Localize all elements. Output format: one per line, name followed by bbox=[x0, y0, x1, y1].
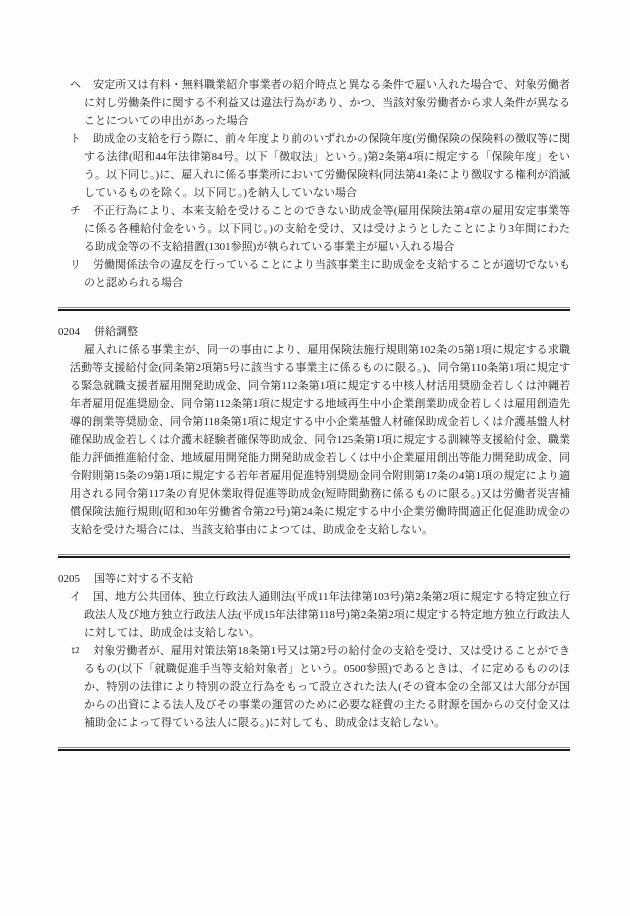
page-content: ヘ安定所又は有料・無料職業紹介事業者の紹介時点と異なる条件で雇い入れた場合で、対… bbox=[58, 76, 570, 751]
item-text: 労働関係法令の違反を行っていることにより当該事業主に助成金を支給することが適切で… bbox=[84, 259, 570, 289]
item-marker-he: ヘ bbox=[70, 76, 93, 94]
list-item: ヘ安定所又は有料・無料職業紹介事業者の紹介時点と異なる条件で雇い入れた場合で、対… bbox=[58, 76, 570, 130]
section-body: 雇入れに係る事業主が、同一の事由により、雇用保険法施行規則第102条の5第1項に… bbox=[58, 341, 570, 539]
section-heading: 0204併給調整 bbox=[58, 323, 570, 341]
document-page: ヘ安定所又は有料・無料職業紹介事業者の紹介時点と異なる条件で雇い入れた場合で、対… bbox=[0, 0, 630, 916]
page-bottom-divider bbox=[58, 747, 570, 751]
list-item: ロ対象労働者が、雇用対策法第18条第1号又は第2号の給付金の支給を受け、又は受け… bbox=[58, 642, 570, 732]
section-title: 国等に対する不支給 bbox=[94, 573, 193, 585]
item-text: 助成金の支給を行う際に、前々年度より前のいずれかの保険年度(労働保険の保険料の徴… bbox=[84, 133, 570, 199]
item-text: 対象労働者が、雇用対策法第18条第1号又は第2号の給付金の支給を受け、又は受ける… bbox=[84, 645, 570, 729]
item-marker-ri: リ bbox=[70, 256, 93, 274]
section-number: 0205 bbox=[58, 570, 80, 588]
section-0204: 0204併給調整 雇入れに係る事業主が、同一の事由により、雇用保険法施行規則第1… bbox=[58, 323, 570, 539]
item-text: 不正行為により、本来支給を受けることのできない助成金等(雇用保険法第4章の雇用安… bbox=[84, 205, 570, 253]
section-number: 0204 bbox=[58, 323, 80, 341]
item-marker-i: イ bbox=[70, 588, 93, 606]
section-heading: 0205国等に対する不支給 bbox=[58, 570, 570, 588]
item-marker-to: ト bbox=[70, 130, 93, 148]
item-marker-chi: チ bbox=[70, 202, 93, 220]
item-text: 国、地方公共団体、独立行政法人通則法(平成11年法律第103号)第2条第2項に規… bbox=[84, 591, 570, 639]
section-title: 併給調整 bbox=[94, 326, 138, 338]
list-item: ト助成金の支給を行う際に、前々年度より前のいずれかの保険年度(労働保険の保険料の… bbox=[58, 130, 570, 202]
section-divider bbox=[58, 307, 570, 311]
section-divider bbox=[58, 554, 570, 558]
list-item: イ国、地方公共団体、独立行政法人通則法(平成11年法律第103号)第2条第2項に… bbox=[58, 588, 570, 642]
intro-item-list: ヘ安定所又は有料・無料職業紹介事業者の紹介時点と異なる条件で雇い入れた場合で、対… bbox=[58, 76, 570, 292]
list-item: チ不正行為により、本来支給を受けることのできない助成金等(雇用保険法第4章の雇用… bbox=[58, 202, 570, 256]
item-marker-ro: ロ bbox=[70, 642, 93, 660]
list-item: リ労働関係法令の違反を行っていることにより当該事業主に助成金を支給することが適切… bbox=[58, 256, 570, 292]
item-text: 安定所又は有料・無料職業紹介事業者の紹介時点と異なる条件で雇い入れた場合で、対象… bbox=[84, 79, 570, 127]
section-0205: 0205国等に対する不支給 イ国、地方公共団体、独立行政法人通則法(平成11年法… bbox=[58, 570, 570, 732]
